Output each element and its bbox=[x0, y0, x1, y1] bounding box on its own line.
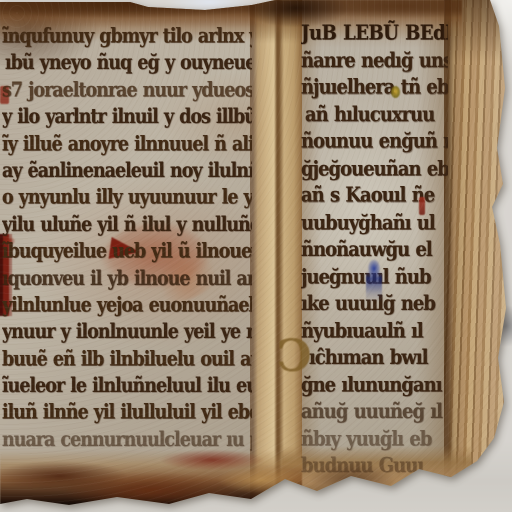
paper-grain-overlay bbox=[0, 0, 512, 512]
manuscript-photo: ĩnqufunuy gbmyr tilo arlnx y ao nb ıbũ y… bbox=[0, 0, 512, 512]
book-shadow: ĩnqufunuy gbmyr tilo arlnx y ao nb ıbũ y… bbox=[0, 0, 512, 512]
open-book: ĩnqufunuy gbmyr tilo arlnx y ao nb ıbũ y… bbox=[0, 0, 512, 512]
